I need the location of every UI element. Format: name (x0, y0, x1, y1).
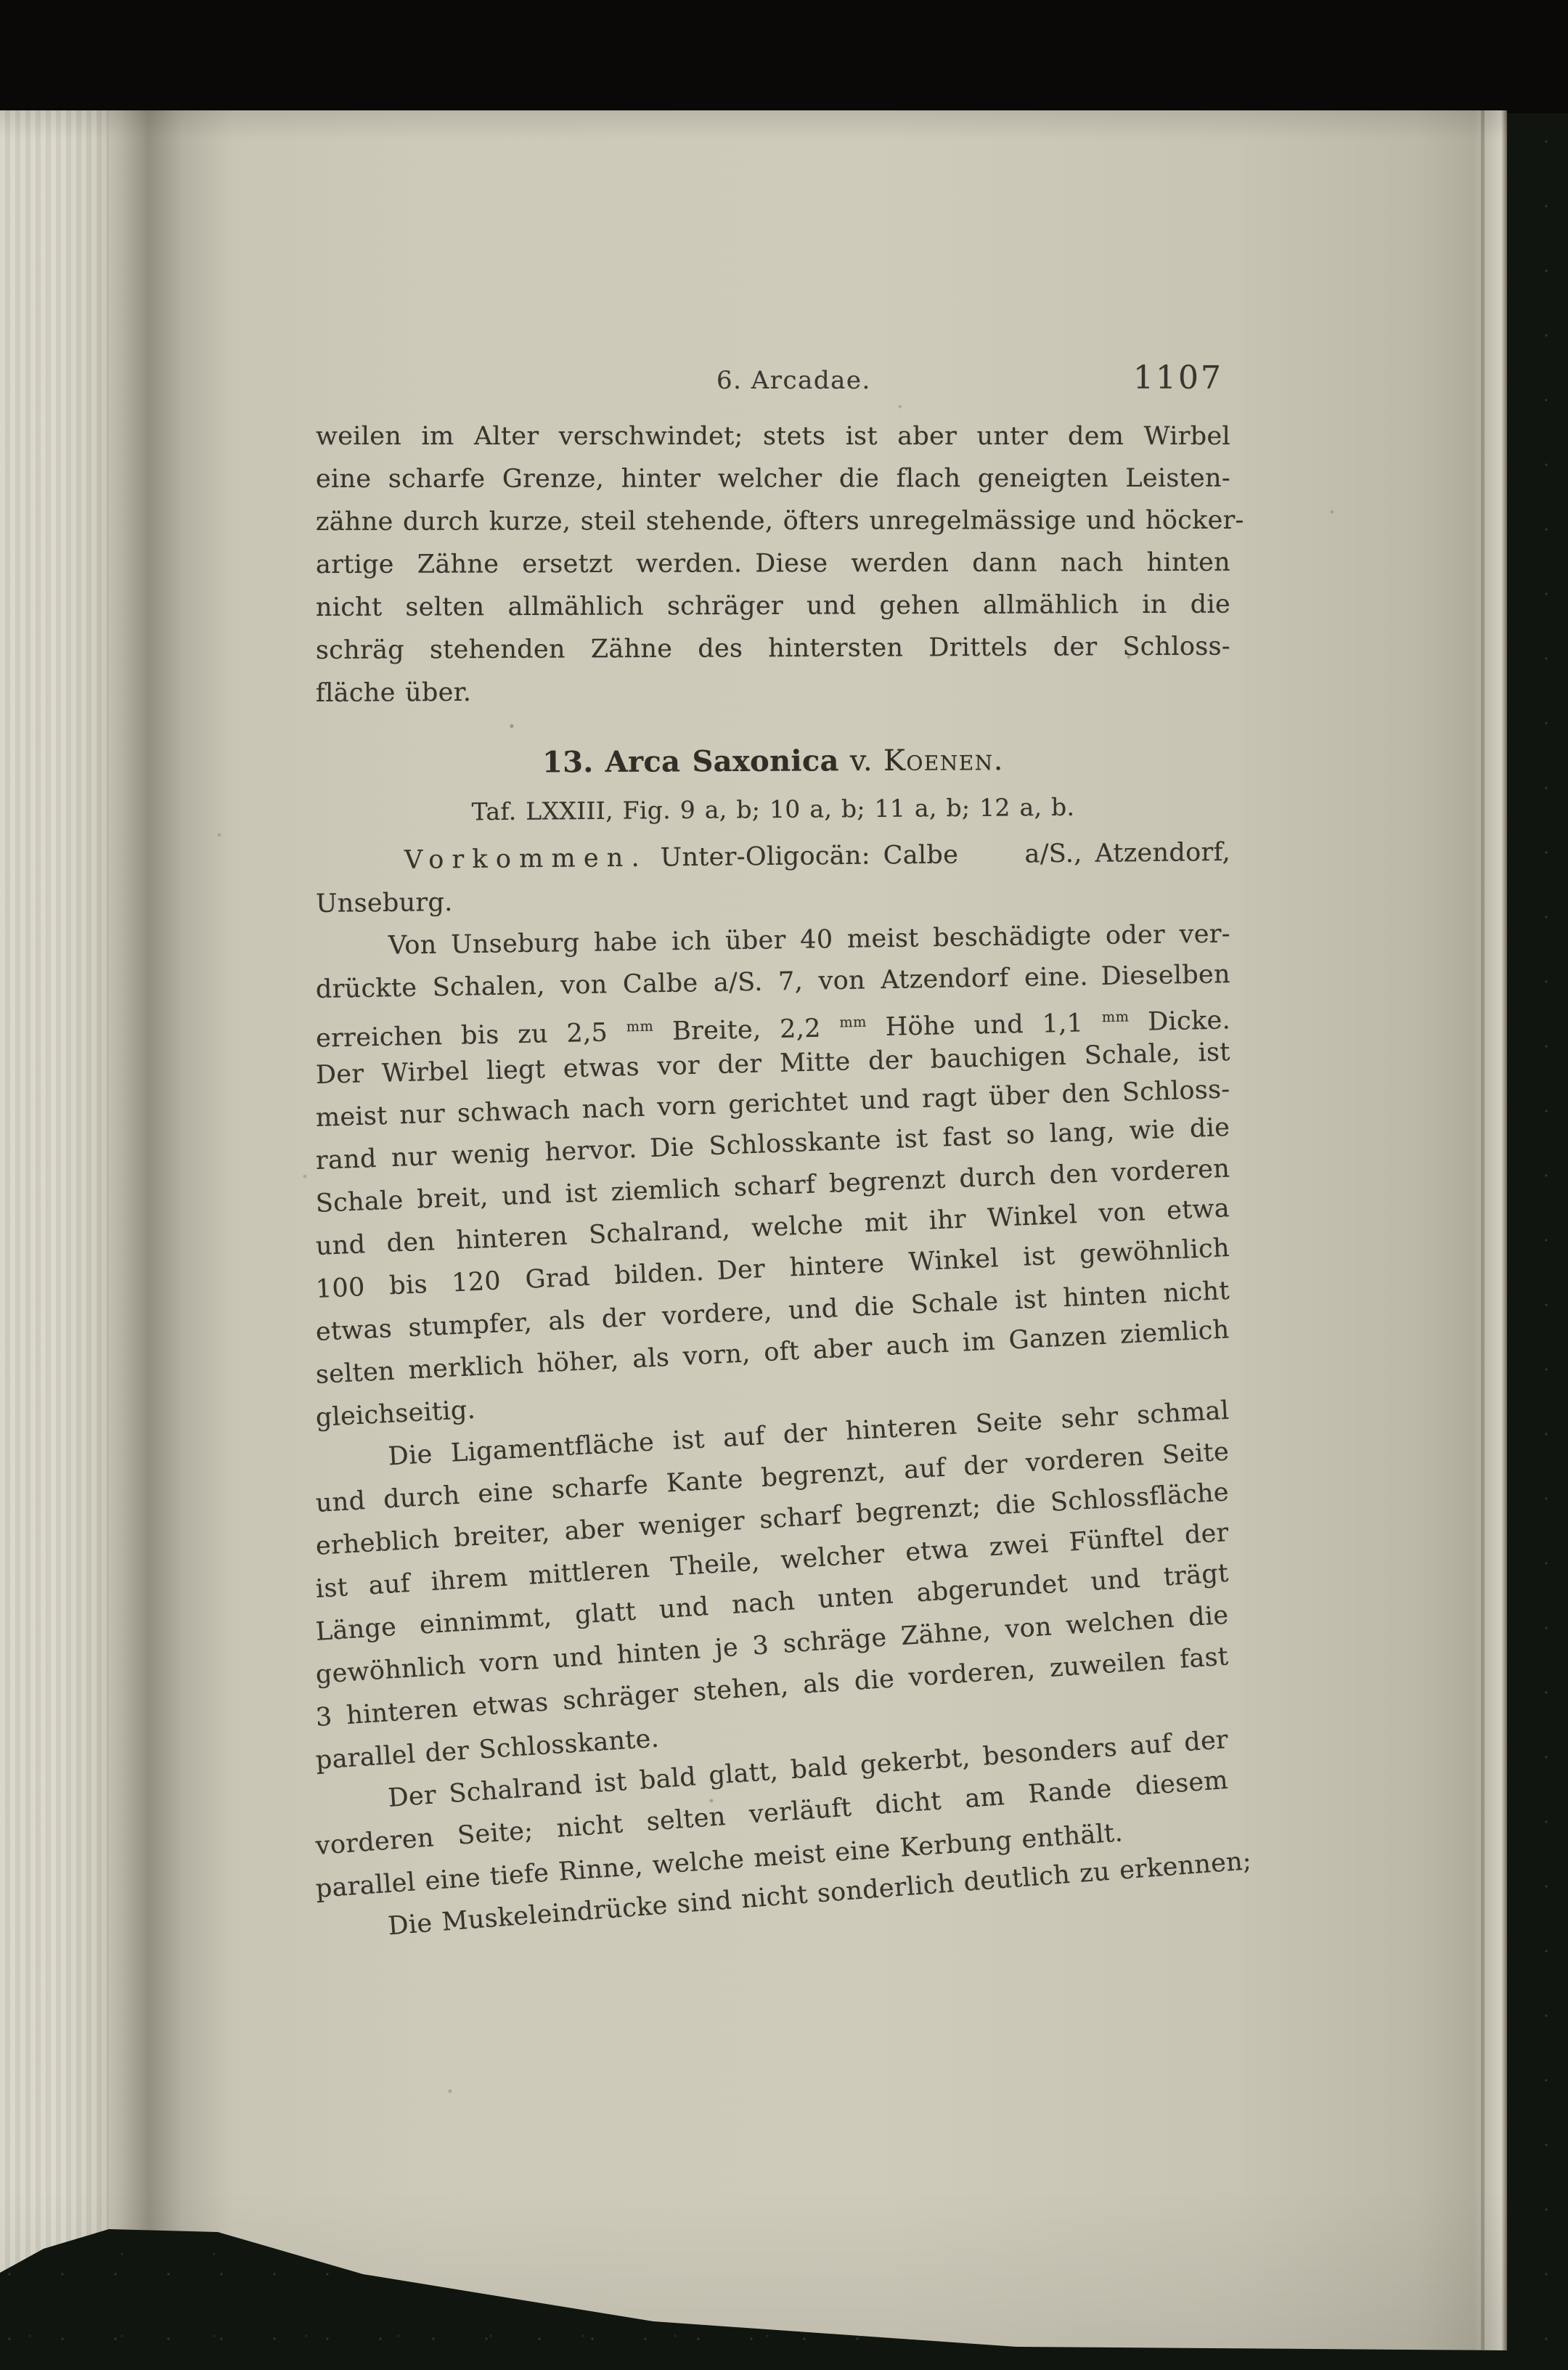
text-line: fläche über. (316, 667, 1230, 715)
figure-reference: Taf. LXXIII, Fig. 9 a, b; 10 a, b; 11 a,… (316, 784, 1230, 834)
text-line: Der Schalrand ist bald glatt, bald geker… (314, 1719, 1230, 1825)
text-line: schräg stehenden Zähne des hintersten Dr… (316, 626, 1230, 672)
text-line: weilen im Alter verschwindet; stets ist … (316, 415, 1230, 458)
text-line: selten merklich höher, als vorn, oft abe… (315, 1308, 1230, 1397)
species-heading: 13. Arca Saxonica v. Koenen. (316, 736, 1230, 787)
text-line: 100 bis 120 Grad bilden. Der hintere Win… (315, 1227, 1230, 1311)
book-page: 6. Arcadae. 1107 weilen im Alter verschw… (0, 110, 1507, 2370)
text-line: Der Wirbel liegt etwas vor der Mitte der… (315, 1031, 1230, 1097)
page-number: 1107 (1133, 359, 1223, 396)
book-scan-photo: 6. Arcadae. 1107 weilen im Alter verschw… (0, 0, 1568, 2370)
text-line: Die Muskeleindrücke sind nicht sonderlic… (314, 1842, 1230, 1954)
text-line: nicht selten allmählich schräger und geh… (316, 584, 1230, 630)
text-line: parallel der Schlosskante. (314, 1681, 1230, 1783)
text-line: Schale breit, und ist ziemlich scharf be… (315, 1148, 1230, 1226)
text-line: parallel eine tiefe Rinne, welche meist … (314, 1804, 1230, 1911)
text-line: gleichseitig. (315, 1351, 1230, 1440)
paper-specks (0, 110, 1507, 2370)
text-line: gewöhnlich vorn und hinten je 3 schräge … (314, 1595, 1230, 1697)
page-text-area: 6. Arcadae. 1107 weilen im Alter verschw… (316, 110, 1230, 2370)
text-line: eine scharfe Grenze, hinter welcher die … (316, 457, 1230, 501)
text-line: zähne durch kurze, steil stehende, öfter… (316, 500, 1230, 544)
text-line: und den hinteren Schalrand, welche mit i… (315, 1187, 1230, 1269)
text-line: artige Zähne ersetzt werden. Diese werde… (316, 542, 1230, 587)
running-head-section: 6. Arcadae. (716, 366, 871, 395)
text-line: Von Unseburg habe ich über 40 meist besc… (316, 913, 1231, 969)
text-line: Vorkommen. Unter-Oligocän: Calbe a/S., A… (316, 831, 1231, 883)
text-line: rand nur wenig hervor. Die Schlosskante … (315, 1107, 1230, 1183)
underpage-edge-line (1481, 110, 1485, 2370)
text-line: etwas stumpfer, als der vordere, und die… (315, 1270, 1230, 1354)
text-line: drückte Schalen, von Calbe a/S. 7, von A… (316, 953, 1231, 1011)
text-line: Die Ligamentfläche ist auf der hinteren … (314, 1390, 1230, 1483)
text-line: meist nur schwach nach vorn gerichtet un… (315, 1068, 1230, 1140)
background-top-band (0, 0, 1568, 113)
text-line: vorderen Seite; nicht selten verläuft di… (314, 1759, 1230, 1868)
text-line: 3 hinteren etwas schräger stehen, als di… (314, 1635, 1230, 1739)
text-line: erreichen bis zu 2,5 mm Breite, 2,2 mm H… (315, 993, 1230, 1054)
text-line: und durch eine scharfe Kante begrenzt, a… (314, 1431, 1230, 1526)
text-line: Länge einnimmt, glatt und nach unten abg… (314, 1552, 1230, 1654)
text-line: ist auf ihrem mittleren Theile, welcher … (314, 1512, 1230, 1611)
text-line: Unseburg. (316, 874, 1231, 926)
text-line: erheblich breiter, aber weniger scharf b… (314, 1471, 1230, 1568)
